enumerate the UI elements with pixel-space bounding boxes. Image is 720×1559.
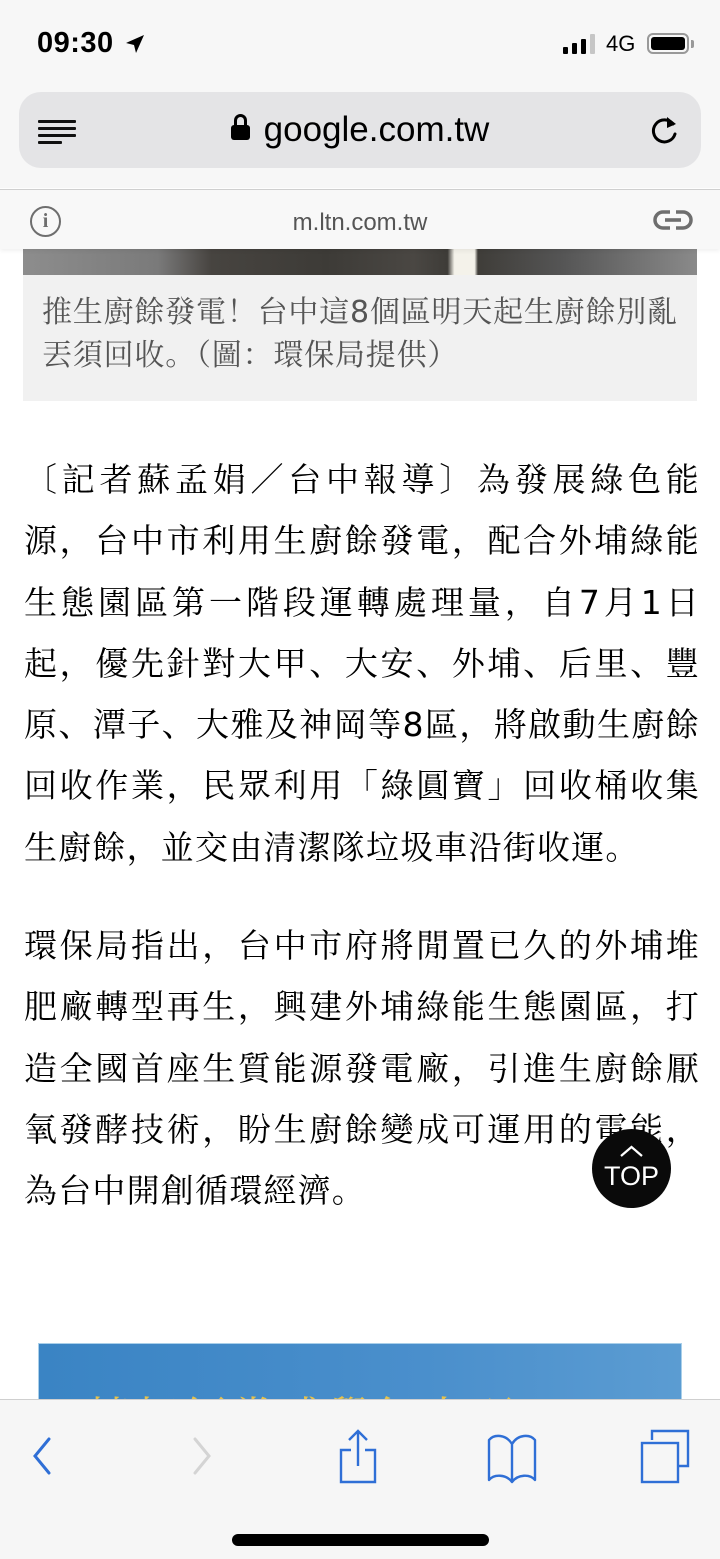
cellular-signal-icon [563,34,597,54]
photo-caption: 推生廚餘發電！台中這8個區明天起生廚餘別亂丟須回收。（圖：環保局提供） [42,291,679,377]
forward-icon[interactable] [190,1428,214,1484]
article-body: 〔記者蘇孟娟／台中報導〕為發展綠色能源，台中市利用生廚餘發電，配合外埔綠能生態園… [24,449,700,1222]
address-bar[interactable]: google.com.tw [19,92,701,168]
reload-icon[interactable] [648,114,682,148]
site-info-bar: i m.ltn.com.tw [0,189,720,249]
battery-tip [691,40,694,48]
browser-toolbar [0,1399,720,1559]
status-bar: 09:30 4G [0,0,720,88]
browser-address-area: google.com.tw [0,88,720,188]
share-icon[interactable] [338,1428,378,1484]
chevron-up-icon [619,1145,644,1157]
bookmarks-icon[interactable] [486,1428,538,1484]
url-display[interactable]: google.com.tw [19,110,701,150]
link-icon[interactable] [653,210,693,230]
article-photo [23,249,697,275]
battery-full-icon [647,33,689,54]
location-arrow-icon [124,33,146,55]
url-domain: google.com.tw [264,110,490,150]
lock-icon [231,114,250,140]
tabs-icon[interactable] [640,1428,690,1484]
photo-caption-box: 推生廚餘發電！台中這8個區明天起生廚餘別亂丟須回收。（圖：環保局提供） [23,275,697,401]
home-indicator[interactable] [232,1534,489,1546]
network-type: 4G [606,31,635,57]
scroll-to-top-button[interactable]: TOP [592,1129,671,1208]
back-icon[interactable] [30,1428,54,1484]
article-paragraph: 〔記者蘇孟娟／台中報導〕為發展綠色能源，台中市利用生廚餘發電，配合外埔綠能生態園… [24,449,700,878]
site-domain[interactable]: m.ltn.com.tw [0,209,720,237]
status-time: 09:30 [37,27,114,60]
top-button-label: TOP [592,1161,671,1191]
